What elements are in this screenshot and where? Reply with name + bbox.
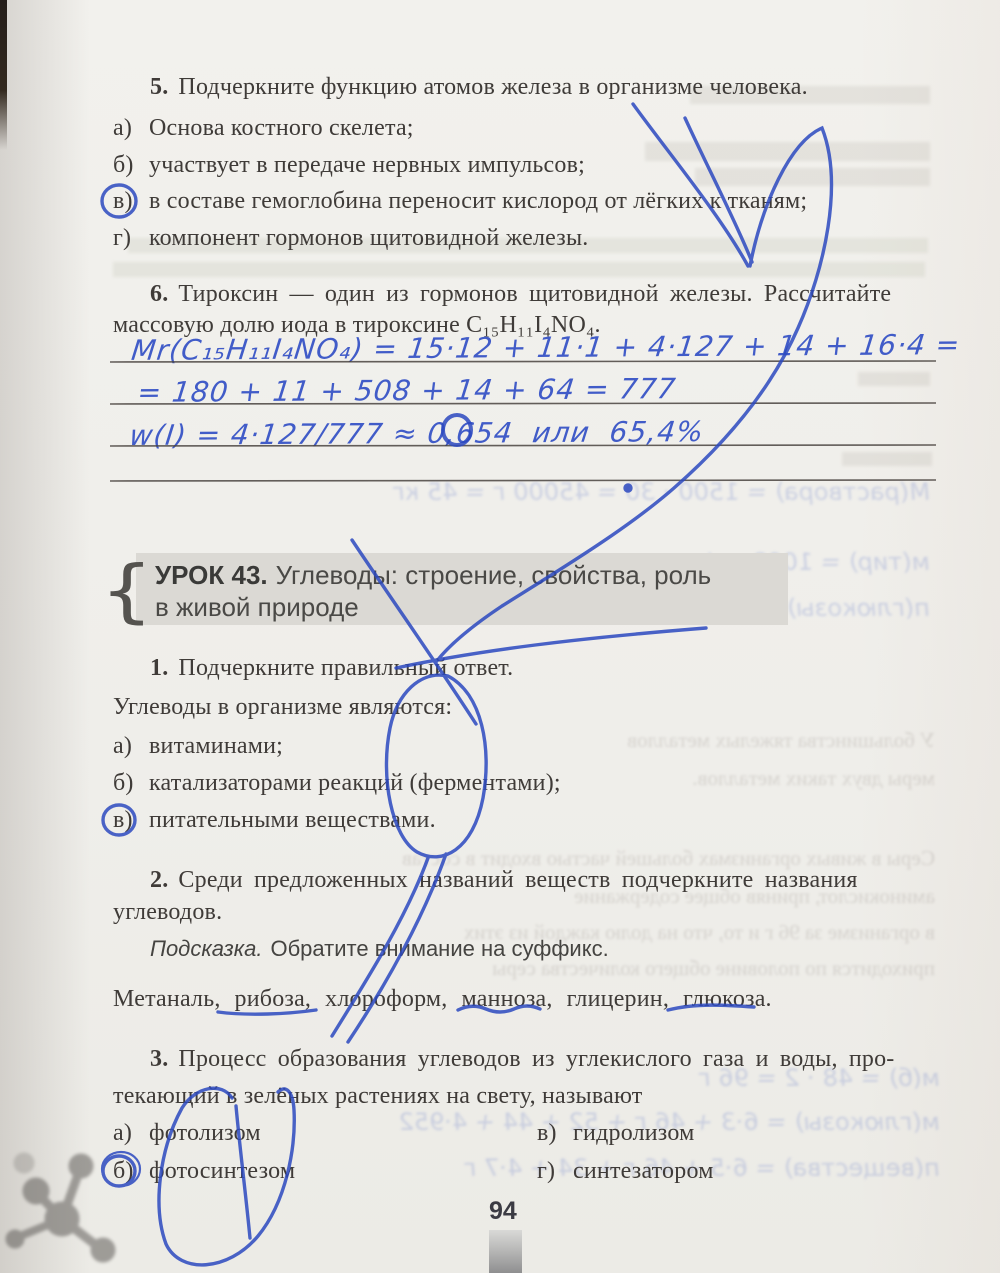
pen-dot (625, 485, 631, 491)
pen-loop-bottom (159, 1088, 294, 1265)
pen-scribble-cross (352, 540, 476, 724)
pen-scribble-stroke (685, 118, 752, 262)
pen-scribble-stroke (332, 858, 428, 1036)
pen-circle-q5-v (102, 185, 136, 217)
pen-scribble-flick (396, 628, 706, 668)
pen-circle-q1-v (103, 805, 135, 835)
pen-underline-mannoza (458, 1006, 540, 1012)
pen-scribble-stroke (348, 854, 446, 1042)
pen-underline-riboza (218, 1010, 316, 1014)
pen-oval-q1 (386, 675, 486, 857)
workbook-page-scan: М(раствора) = 1500 · 30 = 45000 г = 45 к… (0, 0, 1000, 1273)
pen-loop-inner-stroke (236, 1106, 250, 1238)
pen-annotations (0, 0, 1000, 1273)
pen-underline-glukoza (668, 1005, 754, 1010)
pen-scribble-loop (436, 128, 831, 662)
pen-circle-result (443, 415, 471, 445)
